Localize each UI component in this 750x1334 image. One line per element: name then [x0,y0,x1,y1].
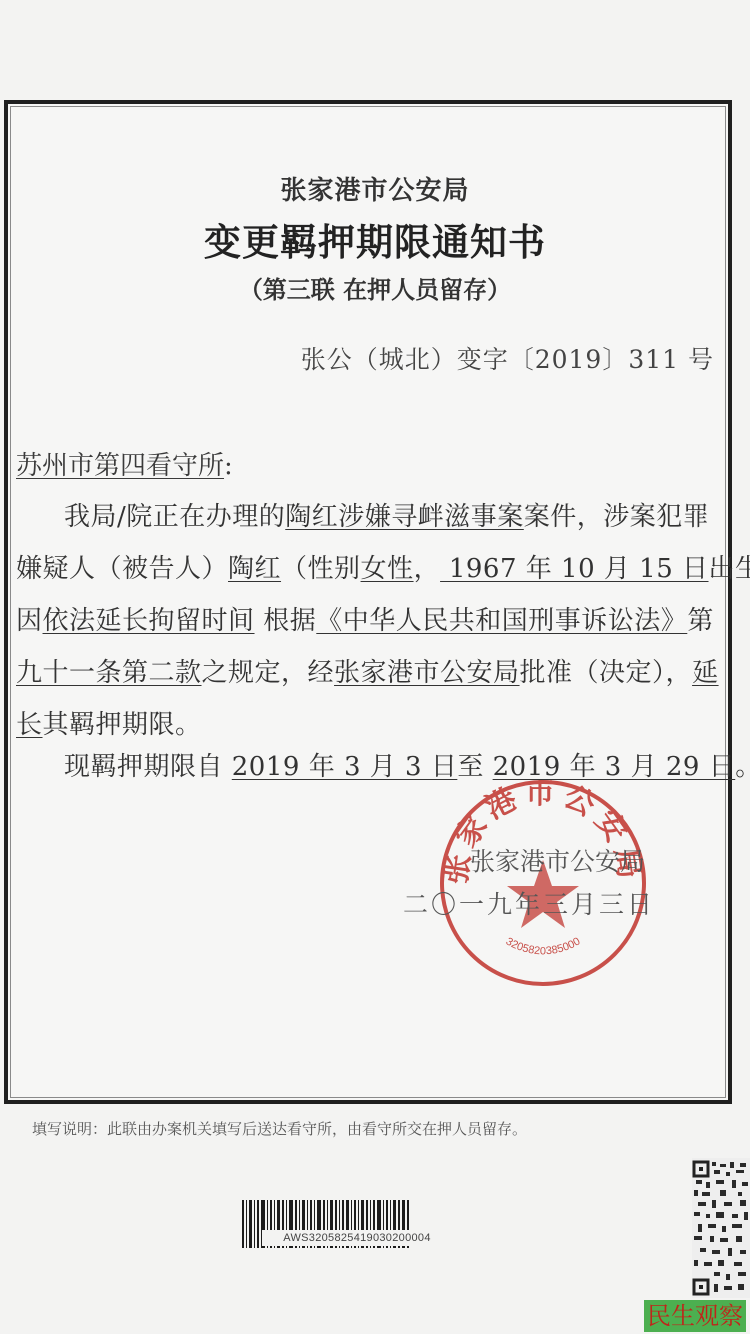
body-line-3: 因依法延长拘留时间 根据《中华人民共和国刑事诉讼法》第 [16,600,726,637]
approving-agency: 张家港市公安局 [334,658,520,688]
body-line-2: 嫌疑人（被告人）陶红（性别女性， 1967 年 10 月 15 日出生）， [16,548,726,585]
qr-code-icon [692,1158,750,1298]
recipient: 苏州市第四看守所: [16,445,233,482]
legal-basis: 《中华人民共和国刑事诉讼法》 [316,606,687,636]
document-number: 张公（城北）变字〔2019〕311 号 [301,340,714,376]
watermark-label: 民生观察 [644,1300,746,1332]
issuing-agency: 张家港市公安局 [0,170,750,207]
filling-instructions: 填写说明：此联由办案机关填写后送达看守所，由看守所交在押人员留存。 [32,1118,527,1139]
period-start: 2019 年 3 月 3 日 [232,752,458,782]
body-line-4: 九十一条第二款之规定，经张家港市公安局批准（决定），延 [16,652,726,689]
svg-text:3205820385000: 3205820385000 [504,935,583,957]
document-subtitle: （第三联 在押人员留存） [0,270,750,305]
suspect-birthdate: 1967 年 10 月 15 日 [440,554,708,584]
document-title: 变更羁押期限通知书 [0,212,750,266]
suspect-gender: 女性 [361,554,414,584]
detention-period: 现羁押期限自 2019 年 3 月 3 日至 2019 年 3 月 29 日。 [64,746,750,783]
suspect-name: 陶红 [228,554,281,584]
body-line-5: 长其羁押期限。 [16,704,726,741]
signature-agency: 张家港市公安局 [470,842,645,878]
seal-number: 3205820385000 [504,935,583,957]
barcode-icon: AWS3205825419030200004 [242,1200,476,1248]
barcode-number: AWS3205825419030200004 [262,1230,452,1246]
extension-reason: 依法延长拘留时间 [43,606,255,636]
body-line-1: 我局/院正在办理的陶红涉嫌寻衅滋事案案件，涉案犯罪 [64,496,750,533]
official-seal-icon: 张家港市公安局 3205820385000 [440,780,646,986]
legal-article: 九十一条第二款 [16,658,202,688]
period-end: 2019 年 3 月 29 日 [493,752,736,782]
signature-date: 二〇一九年三月三日 [403,885,655,921]
recipient-name: 苏州市第四看守所 [16,451,224,481]
case-name: 陶红涉嫌寻衅滋事案 [285,502,524,532]
